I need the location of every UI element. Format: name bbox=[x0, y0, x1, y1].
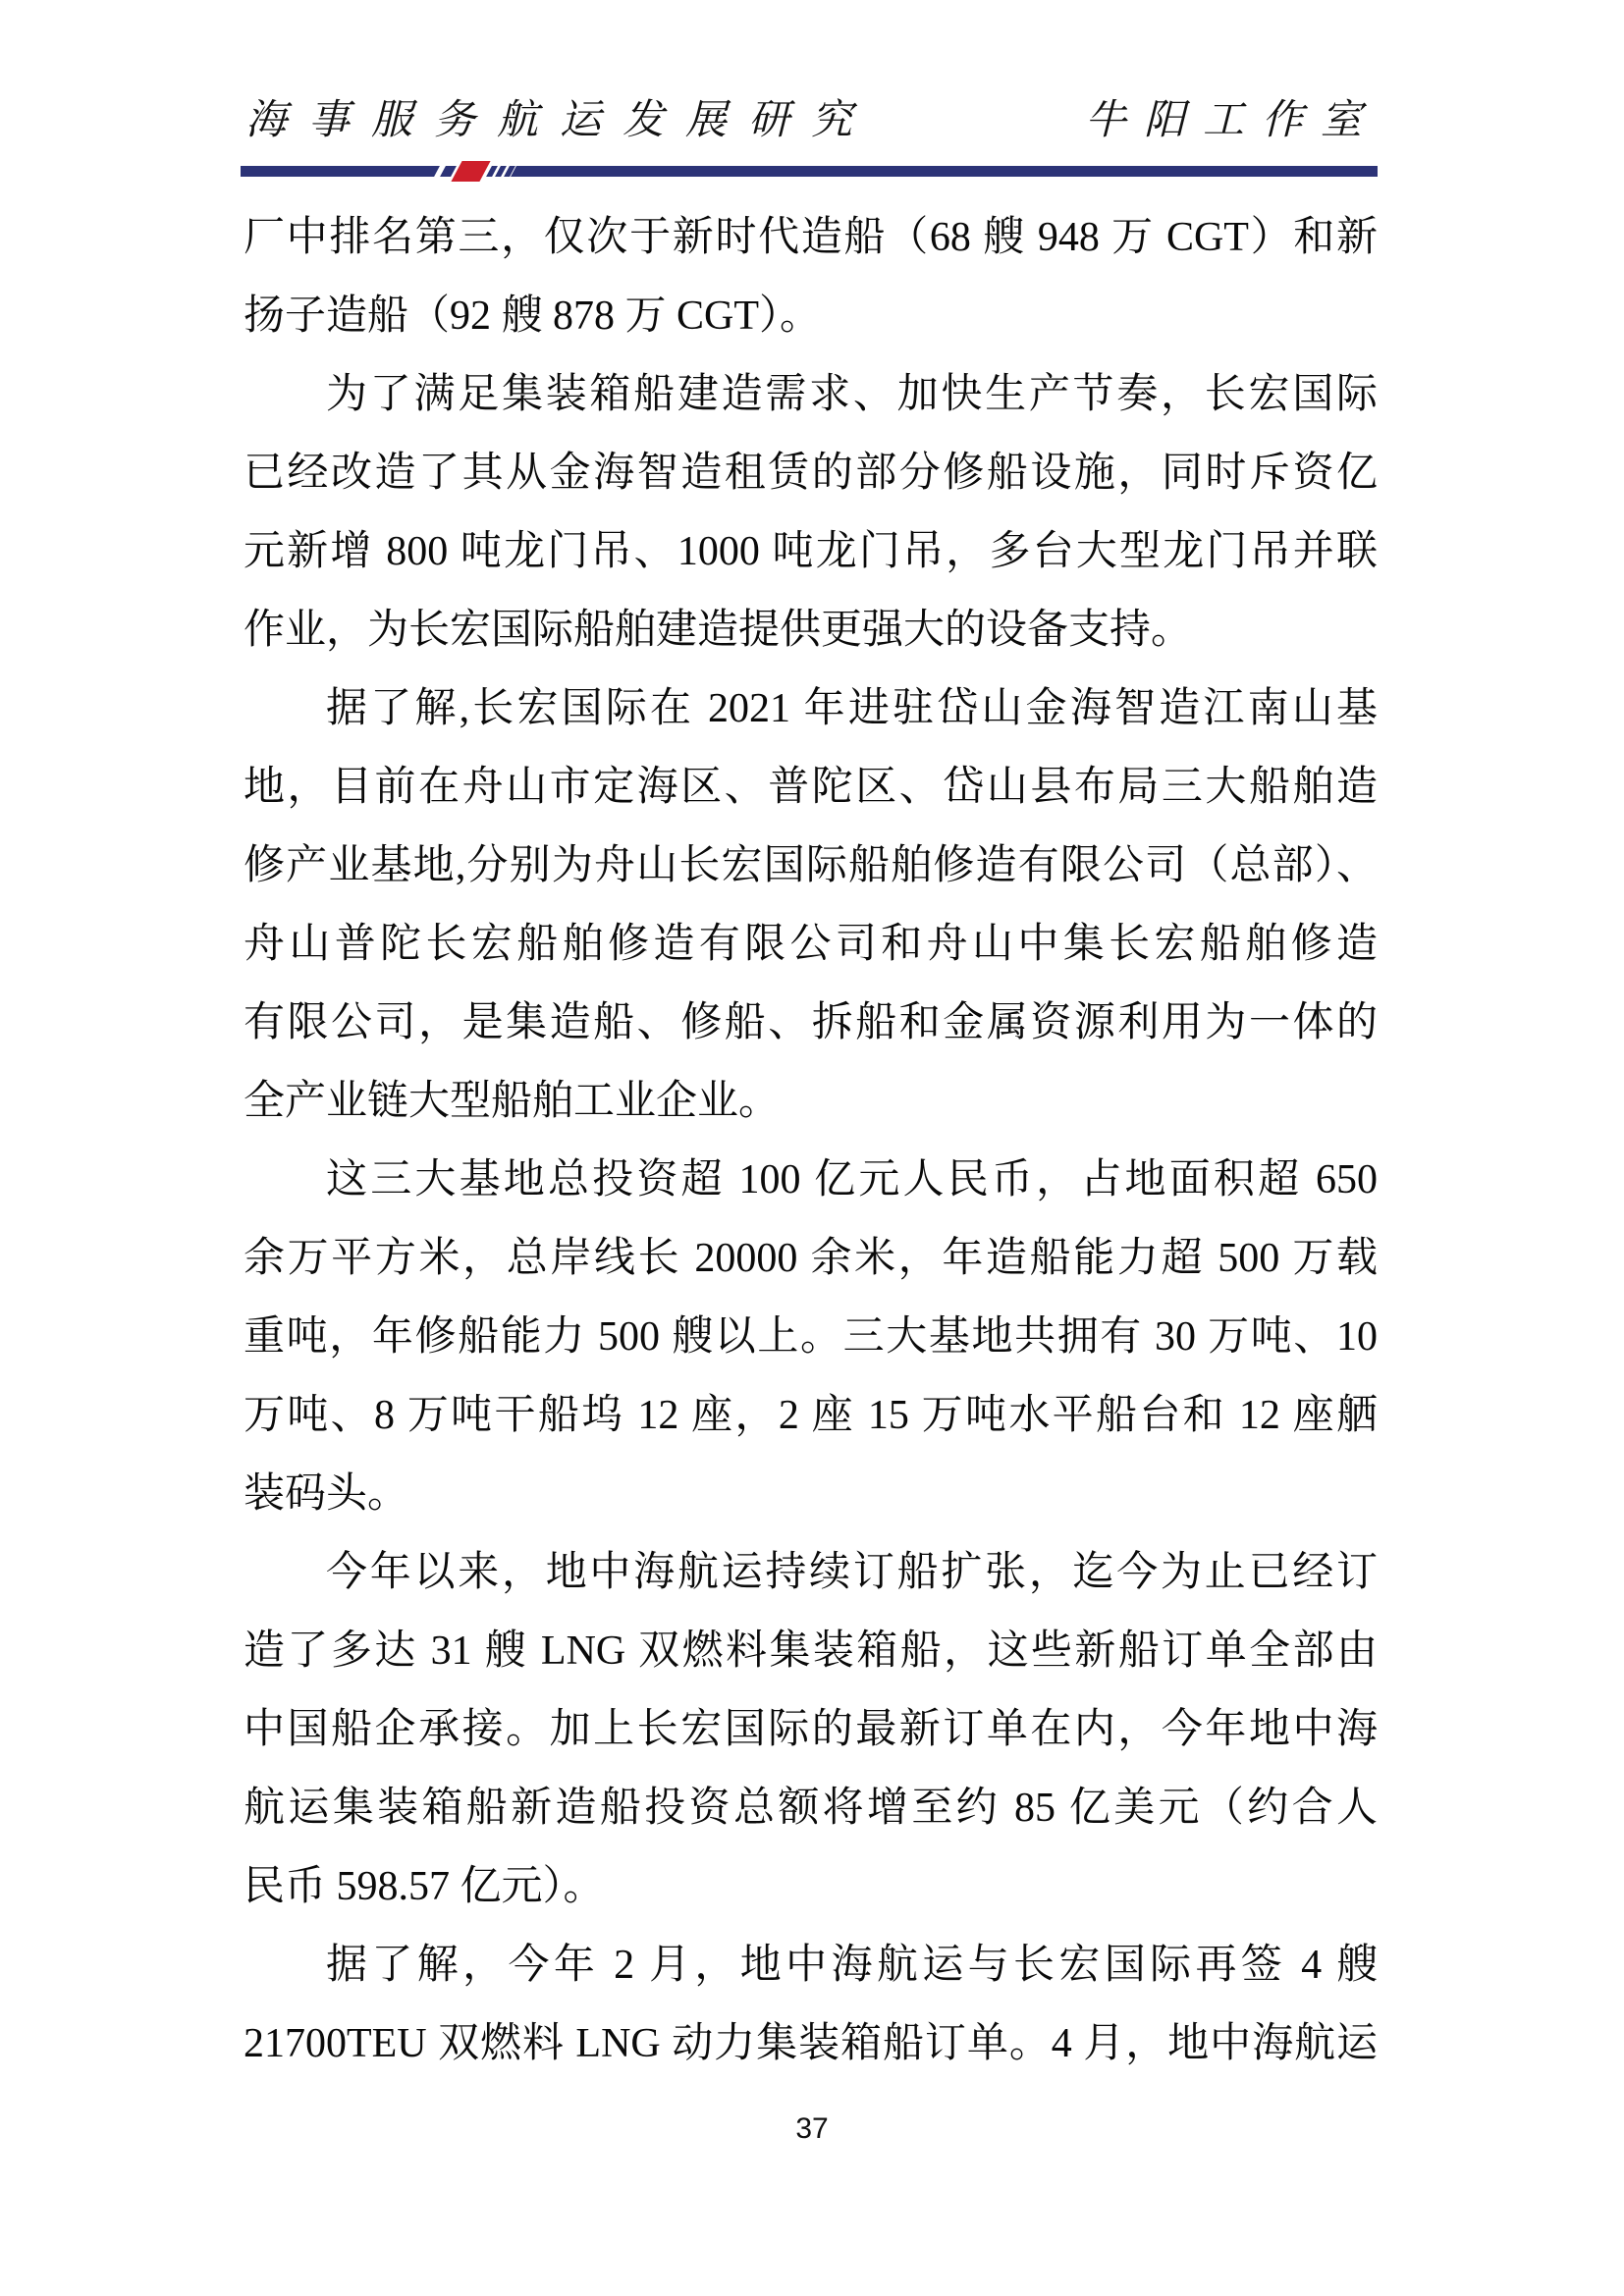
text-line: 元新增 800 吨龙门吊、1000 吨龙门吊，多台大型龙门吊并联 bbox=[244, 512, 1378, 591]
text-line: 万吨、8 万吨干船坞 12 座，2 座 15 万吨水平船台和 12 座舾 bbox=[244, 1376, 1378, 1455]
text-line: 民币 598.57 亿元）。 bbox=[244, 1847, 1378, 1926]
text-line: 装码头。 bbox=[244, 1455, 1378, 1533]
text-line: 余万平方米，总岸线长 20000 余米，年造船能力超 500 万载 bbox=[244, 1219, 1378, 1298]
text-line: 有限公司，是集造船、修船、拆船和金属资源利用为一体的 bbox=[244, 984, 1378, 1062]
text-line: 造了多达 31 艘 LNG 双燃料集装箱船，这些新船订单全部由 bbox=[244, 1612, 1378, 1690]
text-line: 全产业链大型船舶工业企业。 bbox=[244, 1062, 1378, 1141]
rule-red-accent bbox=[451, 161, 490, 182]
header-right-title: 牛阳工作室 bbox=[1085, 92, 1380, 149]
text-line: 厂中排名第三，仅次于新时代造船（68 艘 948 万 CGT）和新 bbox=[244, 198, 1378, 277]
header-rule bbox=[241, 166, 1378, 177]
header-left-title: 海事服务航运发展研究 bbox=[245, 92, 874, 149]
text-line: 据了解,长宏国际在 2021 年进驻岱山金海智造江南山基 bbox=[244, 669, 1378, 748]
text-line: 舟山普陀长宏船舶修造有限公司和舟山中集长宏船舶修造 bbox=[244, 905, 1378, 984]
text-line: 这三大基地总投资超 100 亿元人民币，占地面积超 650 bbox=[244, 1141, 1378, 1219]
text-line: 航运集装箱船新造船投资总额将增至约 85 亿美元（约合人 bbox=[244, 1769, 1378, 1847]
text-line: 据了解，今年 2 月，地中海航运与长宏国际再签 4 艘 bbox=[244, 1926, 1378, 2004]
text-line: 今年以来，地中海航运持续订船扩张，迄今为止已经订 bbox=[244, 1533, 1378, 1612]
page-header: 海事服务航运发展研究 牛阳工作室 bbox=[245, 92, 1380, 149]
text-line: 重吨，年修船能力 500 艘以上。三大基地共拥有 30 万吨、10 bbox=[244, 1298, 1378, 1376]
text-line: 中国船企承接。加上长宏国际的最新订单在内，今年地中海 bbox=[244, 1690, 1378, 1769]
text-line: 已经改造了其从金海智造租赁的部分修船设施，同时斥资亿 bbox=[244, 434, 1378, 512]
text-line: 修产业基地,分别为舟山长宏国际船舶修造有限公司（总部）、 bbox=[244, 827, 1378, 905]
text-line: 扬子造船（92 艘 878 万 CGT）。 bbox=[244, 277, 1378, 355]
text-line: 作业，为长宏国际船舶建造提供更强大的设备支持。 bbox=[244, 591, 1378, 669]
body-text: 厂中排名第三，仅次于新时代造船（68 艘 948 万 CGT）和新扬子造船（92… bbox=[244, 198, 1378, 2083]
text-line: 21700TEU 双燃料 LNG 动力集装箱船订单。4 月，地中海航运 bbox=[244, 2004, 1378, 2083]
page-number: 37 bbox=[0, 2112, 1624, 2146]
text-line: 地，目前在舟山市定海区、普陀区、岱山县布局三大船舶造 bbox=[244, 748, 1378, 827]
header-rule-decoration bbox=[431, 161, 518, 182]
text-line: 为了满足集装箱船建造需求、加快生产节奏，长宏国际 bbox=[244, 355, 1378, 434]
document-page: 海事服务航运发展研究 牛阳工作室 厂中排名第三，仅次于新时代造船（68 艘 94… bbox=[0, 0, 1624, 2296]
